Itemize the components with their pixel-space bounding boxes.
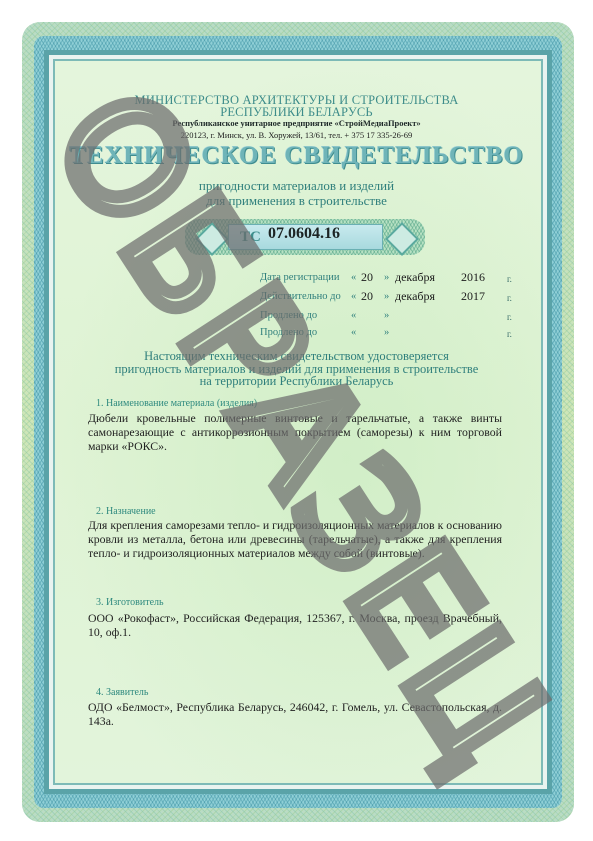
section-text-purpose: Для крепления саморезами тепло- и гидрои… xyxy=(88,518,502,560)
date-day: 20 xyxy=(361,289,373,304)
date-row-extended-1: Продлено до « » г. xyxy=(260,308,520,324)
subtitle-line-1: пригодности материалов и изделий xyxy=(0,178,593,193)
section-label-material: 1. Наименование материала (изделия) xyxy=(96,398,257,409)
quote-open: « xyxy=(351,272,356,283)
certificate-prefix: ТС xyxy=(240,229,261,246)
section-label-manufacturer: 3. Изготовитель xyxy=(96,597,164,608)
date-month: декабря xyxy=(395,289,435,304)
date-year: 2016 xyxy=(461,270,485,285)
date-label: Продлено до xyxy=(260,310,317,321)
section-text-manufacturer: ООО «Рокофаст», Российская Федерация, 12… xyxy=(88,611,502,639)
quote-open: « xyxy=(351,327,356,338)
section-label-applicant: 4. Заявитель xyxy=(96,687,148,698)
date-label: Действительно до xyxy=(260,291,341,302)
quote-open: « xyxy=(351,310,356,321)
document-title: ТЕХНИЧЕСКОЕ СВИДЕТЕЛЬСТВО xyxy=(0,142,593,170)
section-text-applicant: ОДО «Белмост», Республика Беларусь, 2460… xyxy=(88,700,502,728)
enterprise-address: 220123, г. Минск, ул. В. Хоружей, 13/61,… xyxy=(0,130,593,140)
certificate-content: МИНИСТЕРСТВО АРХИТЕКТУРЫ И СТРОИТЕЛЬСТВА… xyxy=(0,0,593,841)
subtitle-line-2: для применения в строительстве xyxy=(0,193,593,208)
date-month: декабря xyxy=(395,270,435,285)
date-label: Дата регистрации xyxy=(260,272,340,283)
date-row-extended-2: Продлено до « » г. xyxy=(260,325,520,341)
date-year: 2017 xyxy=(461,289,485,304)
date-day: 20 xyxy=(361,270,373,285)
quote-close: » xyxy=(384,327,389,338)
quote-close: » xyxy=(384,272,389,283)
document-subtitle: пригодности материалов и изделий для при… xyxy=(0,178,593,208)
quote-close: » xyxy=(384,310,389,321)
quote-open: « xyxy=(351,291,356,302)
enterprise-name: Республиканское унитарное предприятие «С… xyxy=(0,118,593,128)
year-suffix: г. xyxy=(507,329,512,339)
certificate-number: 07.0604.16 xyxy=(268,225,340,243)
date-label: Продлено до xyxy=(260,327,317,338)
quote-close: » xyxy=(384,291,389,302)
date-row-valid-until: Действительно до « 20 » декабря 2017 г. xyxy=(260,289,520,305)
year-suffix: г. xyxy=(507,312,512,322)
certification-statement: Настоящим техническим свидетельством удо… xyxy=(0,350,593,388)
year-suffix: г. xyxy=(507,274,512,284)
section-label-purpose: 2. Назначение xyxy=(96,506,156,517)
ministry-heading: МИНИСТЕРСТВО АРХИТЕКТУРЫ И СТРОИТЕЛЬСТВА… xyxy=(0,94,593,118)
statement-line-3: на территории Республики Беларусь xyxy=(0,375,593,388)
section-text-material: Дюбели кровельные полимерные винтовые и … xyxy=(88,411,502,453)
date-row-registration: Дата регистрации « 20 » декабря 2016 г. xyxy=(260,270,520,286)
statement-line-1: Настоящим техническим свидетельством удо… xyxy=(0,350,593,363)
year-suffix: г. xyxy=(507,293,512,303)
ministry-line-2: РЕСПУБЛИКИ БЕЛАРУСЬ xyxy=(0,106,593,118)
